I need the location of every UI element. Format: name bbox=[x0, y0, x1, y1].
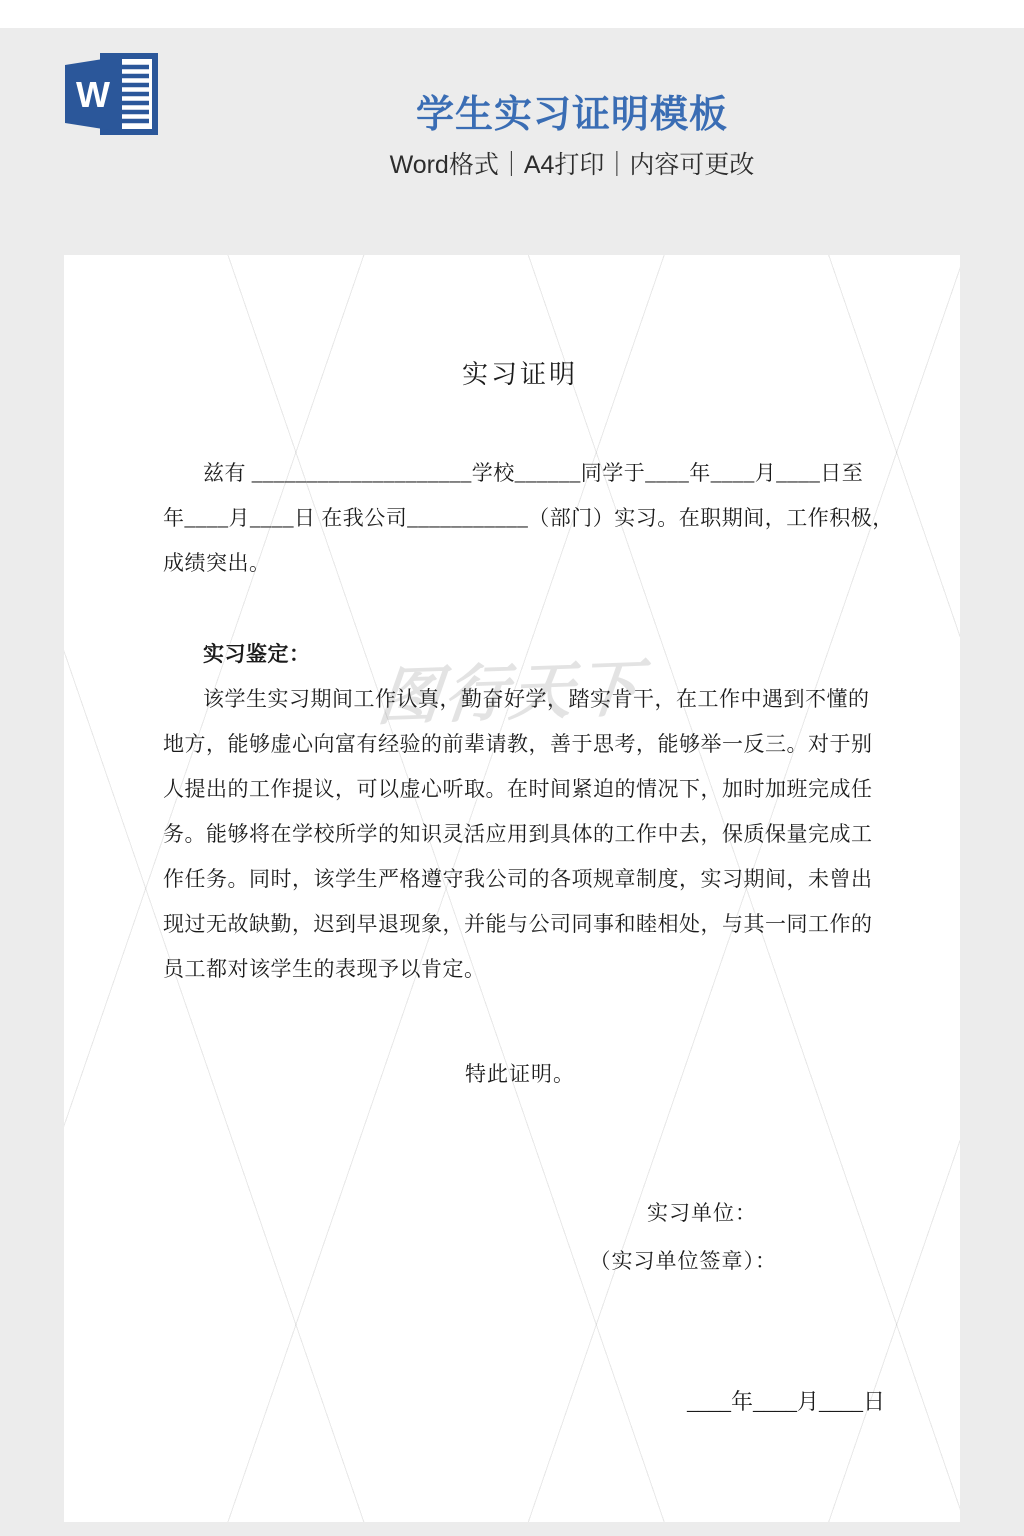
text-line: 员工都对该学生的表现予以肯定。 bbox=[163, 947, 877, 992]
signature-date-line: ____年____月____日 bbox=[163, 1379, 885, 1424]
intro-paragraph: 兹有 ____________________学校______同学于____年_… bbox=[163, 451, 877, 586]
signature-seal-label: （实习单位签章）： bbox=[163, 1237, 877, 1285]
signature-unit-label: 实习单位： bbox=[163, 1189, 877, 1237]
text-line: 现过无故缺勤，迟到早退现象，并能与公司同事和睦相处，与其一同工作的 bbox=[163, 902, 877, 947]
word-icon: W bbox=[62, 52, 159, 136]
text-line: 人提出的工作提议，可以虚心听取。在时间紧迫的情况下，加时加班完成任 bbox=[163, 767, 877, 812]
template-title: 学生实习证明模板 bbox=[120, 92, 1024, 138]
template-header: W 学生实习证明模板 Word格式｜A4打印｜内容可更改 bbox=[0, 28, 1024, 232]
text-line: 年____月____日 在我公司___________（部门）实习。在职期间，工… bbox=[163, 496, 877, 541]
document-page: 图行天下 实习证明 兹有 ____________________学校_____… bbox=[64, 255, 960, 1522]
top-white-strip bbox=[0, 0, 1024, 28]
appraisal-paragraph: 该学生实习期间工作认真，勤奋好学，踏实肯干，在工作中遇到不懂的地方，能够虚心向富… bbox=[163, 677, 877, 992]
text-line: 该学生实习期间工作认真，勤奋好学，踏实肯干，在工作中遇到不懂的 bbox=[163, 677, 877, 722]
text-line: 务。能够将在学校所学的知识灵活应用到具体的工作中去，保质保量完成工 bbox=[163, 812, 877, 857]
word-icon-letter: W bbox=[76, 74, 110, 115]
appraisal-heading: 实习鉴定： bbox=[163, 632, 877, 677]
document-title: 实习证明 bbox=[163, 355, 877, 395]
text-line: 地方，能够虚心向富有经验的前辈请教，善于思考，能够举一反三。对于别 bbox=[163, 722, 877, 767]
text-line: 兹有 ____________________学校______同学于____年_… bbox=[163, 451, 877, 496]
text-line: 成绩突出。 bbox=[163, 541, 877, 586]
text-line: 作任务。同时，该学生严格遵守我公司的各项规章制度，实习期间，未曾出 bbox=[163, 857, 877, 902]
template-subtitle: Word格式｜A4打印｜内容可更改 bbox=[120, 148, 1024, 182]
closing-statement: 特此证明。 bbox=[163, 1052, 877, 1097]
